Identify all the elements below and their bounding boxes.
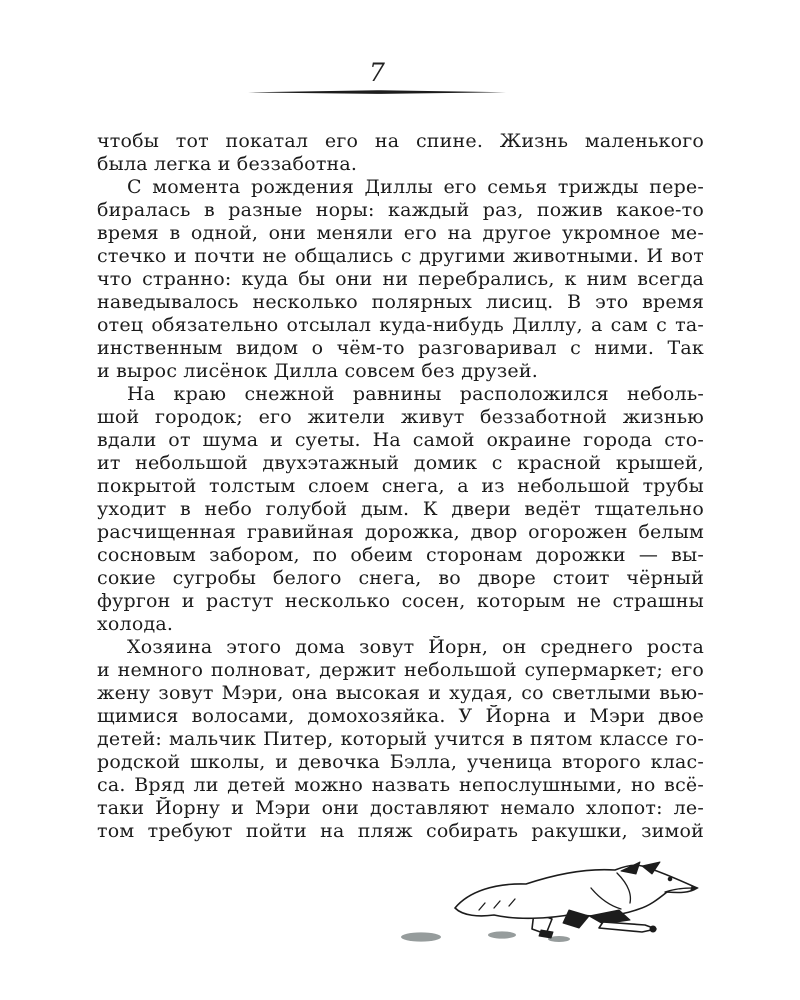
text-line: том требуют пойти на пляж собирать ракуш…	[97, 820, 704, 843]
text-line: таки Йорну и Мэри они доставляют немало …	[97, 797, 704, 820]
text-line: щимися волосами, домохозяйка. У Йорна и …	[97, 705, 704, 728]
text-line: была легка и беззаботна.	[97, 153, 704, 176]
running-fox-illustration	[393, 858, 710, 955]
text-line: стечко и почти не общались с другими жив…	[97, 245, 704, 268]
text-line: сокие сугробы белого снега, во дворе сто…	[97, 567, 704, 590]
text-line: наведывалось несколько полярных лисиц. В…	[97, 291, 704, 314]
text-line: са. Вряд ли детей можно назвать непослуш…	[97, 774, 704, 797]
text-line: покрытой толстым слоем снега, а из небол…	[97, 475, 704, 498]
text-line: шой городок; его жители живут беззаботно…	[97, 406, 704, 429]
text-line: родской школы, и девочка Бэлла, ученица …	[97, 751, 704, 774]
text-line: чтобы тот покатал его на спине. Жизнь ма…	[97, 130, 704, 153]
text-line: отец обязательно отсылал куда-нибудь Дил…	[97, 314, 704, 337]
shadow-mark-icon	[401, 932, 441, 941]
text-line: что странно: куда бы они ни перебрались,…	[97, 268, 704, 291]
text-line: На краю снежной равнины расположился неб…	[97, 383, 704, 406]
text-line: время в одной, они меняли его на другое …	[97, 222, 704, 245]
text-line: жену зовут Мэри, она высокая и худая, со…	[97, 682, 704, 705]
book-page: 7 чтобы тот покатал его на спине. Жизнь …	[0, 0, 800, 1000]
text-line: фургон и растут несколько сосен, которым…	[97, 590, 704, 613]
header-rule	[248, 89, 506, 96]
text-line: ит небольшой двухэтажный домик с красной…	[97, 452, 704, 475]
text-line: Хозяина этого дома зовут Йорн, он средне…	[97, 636, 704, 659]
text-line: детей: мальчик Питер, который учится в п…	[97, 728, 704, 751]
text-line: холода.	[97, 613, 704, 636]
text-line: и немного полноват, держит небольшой суп…	[97, 659, 704, 682]
text-line: и вырос лисёнок Дилла совсем без друзей.	[97, 360, 704, 383]
text-line: сосновым забором, по обеим сторонам доро…	[97, 544, 704, 567]
text-line: биралась в разные норы: каждый раз, пожи…	[97, 199, 704, 222]
fox-icon	[455, 862, 698, 938]
page-text: чтобы тот покатал его на спине. Жизнь ма…	[97, 130, 704, 843]
text-line: уходит в небо голубой дым. К двери ведёт…	[97, 498, 704, 521]
page-number: 7	[247, 58, 507, 88]
text-line: С момента рождения Диллы его семья трижд…	[97, 176, 704, 199]
text-line: инственным видом о чём-то разговаривал с…	[97, 337, 704, 360]
text-line: вдали от шума и суеты. На самой окраине …	[97, 429, 704, 452]
shadow-mark-icon	[488, 931, 516, 938]
text-line: расчищенная гравийная дорожка, двор огор…	[97, 521, 704, 544]
